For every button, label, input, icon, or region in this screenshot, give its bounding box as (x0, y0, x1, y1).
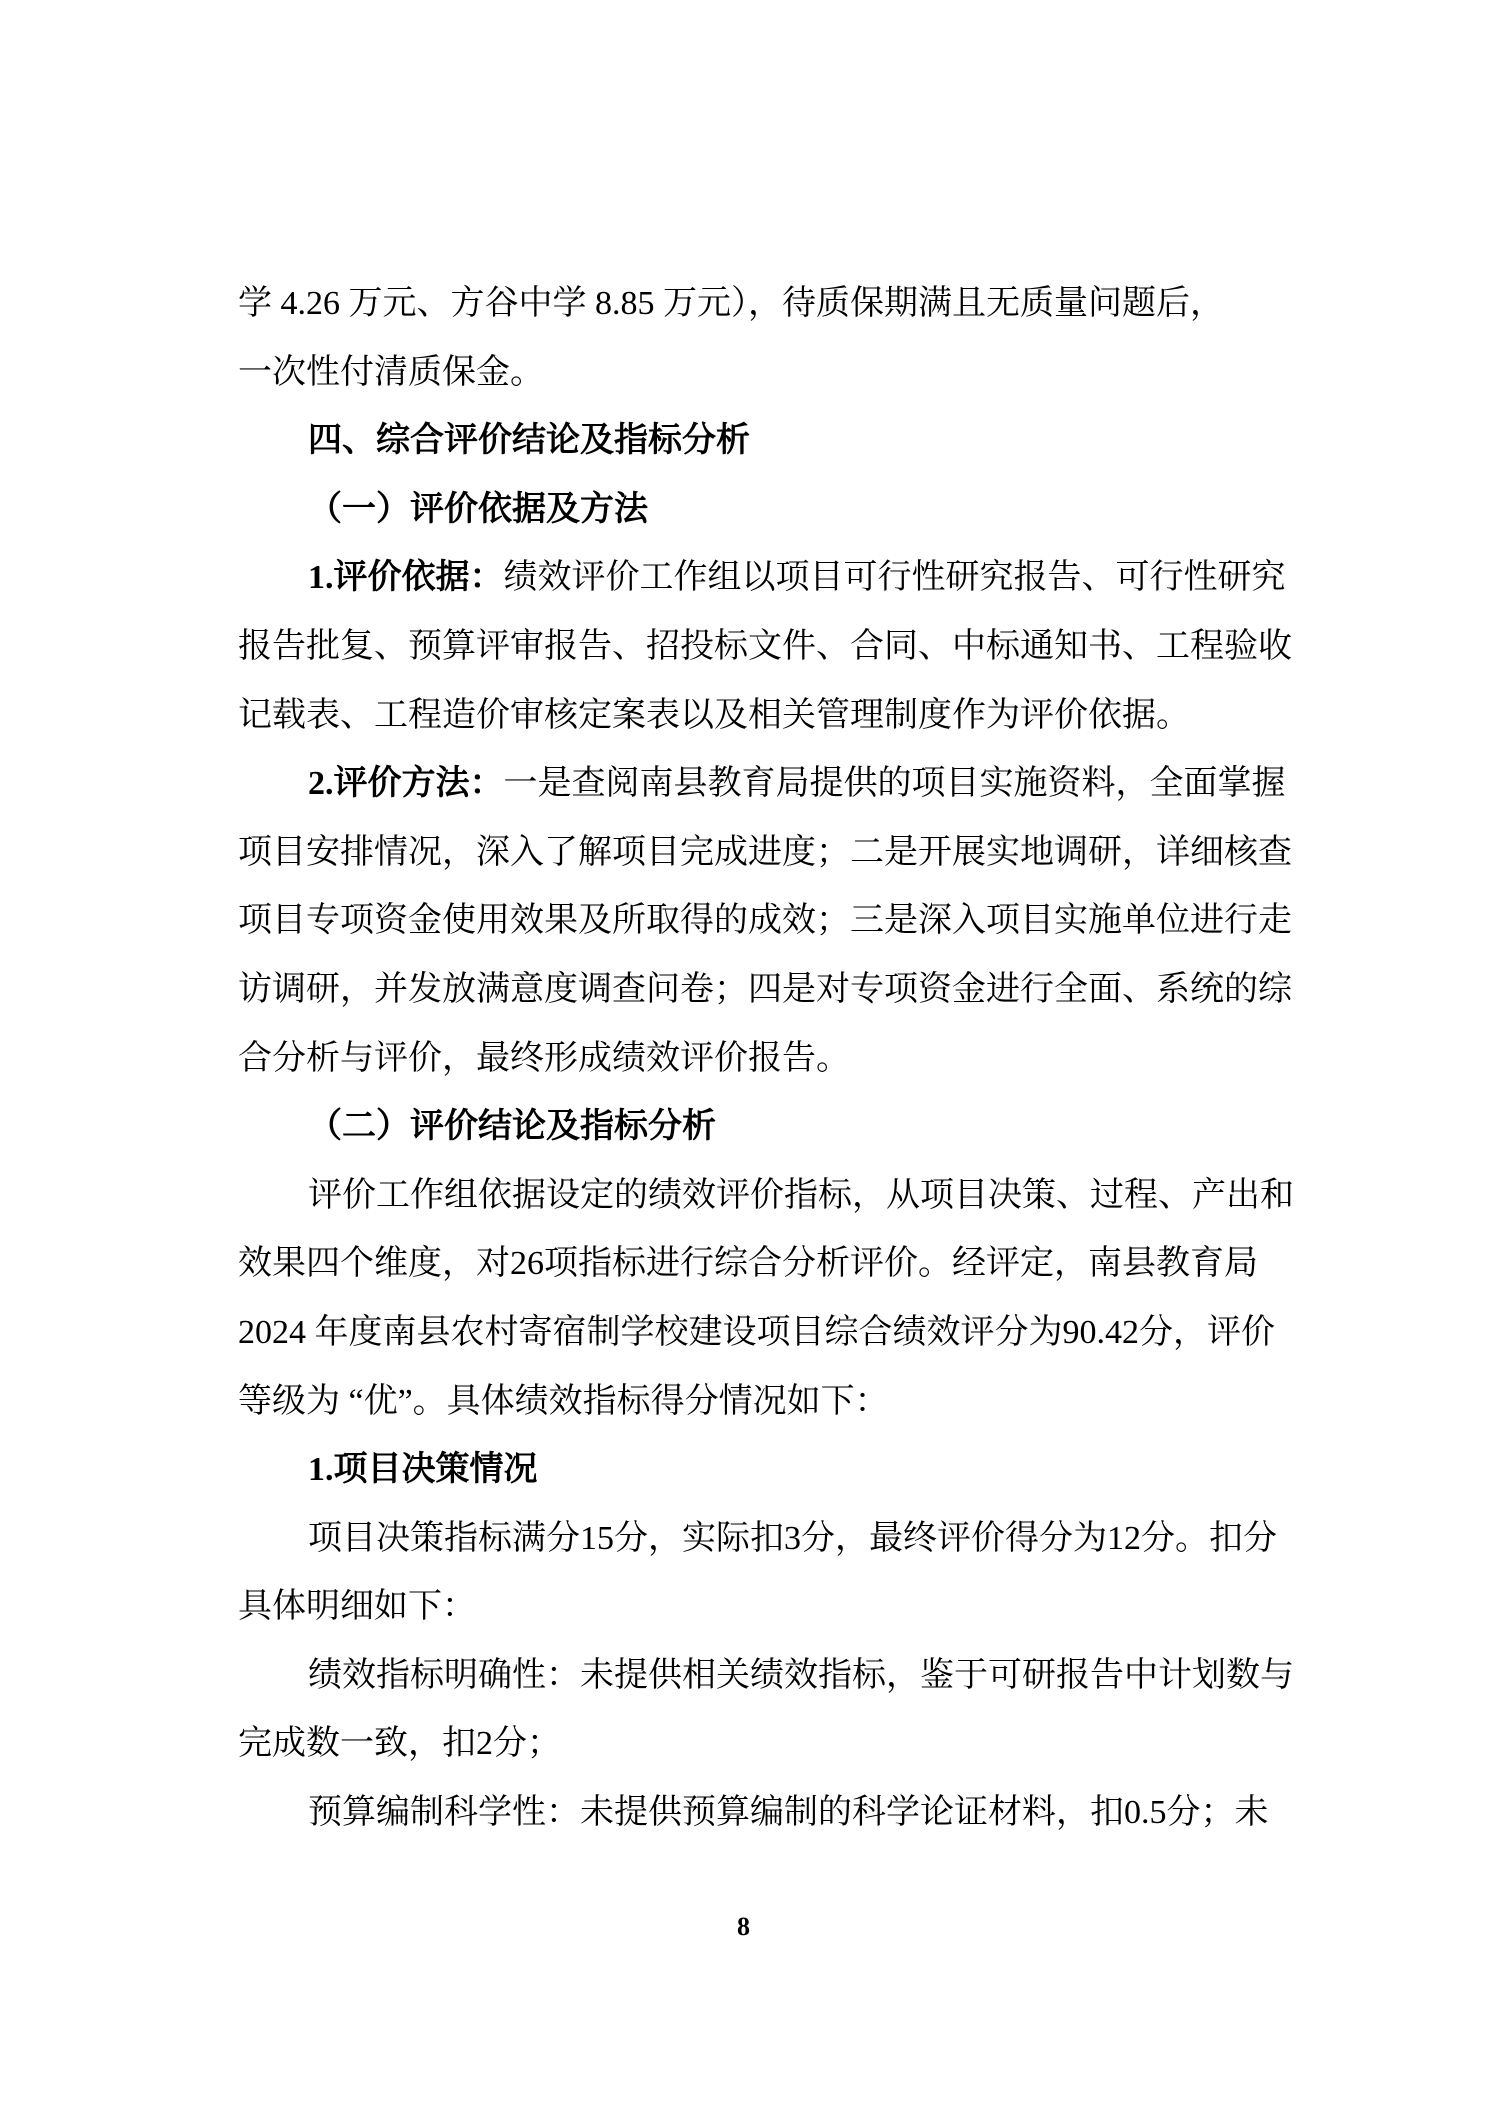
heading-item-1: 1.项目决策情况 (238, 1436, 1298, 1505)
document-page: 学 4.26 万元、方谷中学 8.85 万元），待质保期满且无质量问题后， 一次… (0, 0, 1487, 2105)
line-text: 记载表、工程造价审核定案表以及相关管理制度作为评价依据。 (238, 697, 1190, 734)
line-text: 一次性付清质保金。 (238, 354, 544, 391)
heading-section-4: 四、综合评价结论及指标分析 (238, 407, 1298, 476)
body-line: 一次性付清质保金。 (238, 339, 1298, 408)
line-text: 2024 年度南县农村寄宿制学校建设项目综合绩效评分为90.42分，评价 (238, 1314, 1275, 1351)
line-prefix: 2.评价方法： (308, 765, 504, 802)
line-text: 报告批复、预算评审报告、招投标文件、合同、中标通知书、工程验收 (238, 628, 1292, 665)
body-line: 报告批复、预算评审报告、招投标文件、合同、中标通知书、工程验收 (238, 613, 1298, 682)
line-text: 学 4.26 万元、方谷中学 8.85 万元），待质保期满且无质量问题后， (238, 285, 1224, 322)
document-body: 学 4.26 万元、方谷中学 8.85 万元），待质保期满且无质量问题后， 一次… (238, 270, 1298, 1848)
line-text: 项目专项资金使用效果及所取得的成效；三是深入项目实施单位进行走 (238, 902, 1292, 939)
body-line: 项目决策指标满分15分，实际扣3分，最终评价得分为12分。扣分 (238, 1505, 1298, 1574)
line-text: （一）评价依据及方法 (308, 491, 648, 528)
body-line: 项目专项资金使用效果及所取得的成效；三是深入项目实施单位进行走 (238, 887, 1298, 956)
line-text: 一是查阅南县教育局提供的项目实施资料，全面掌握 (504, 765, 1286, 802)
line-text: 四、综合评价结论及指标分析 (308, 422, 750, 459)
line-text: 合分析与评价，最终形成绩效评价报告。 (238, 1040, 850, 1077)
line-text: 具体明细如下： (238, 1588, 476, 1625)
line-text: 效果四个维度，对26项指标进行综合分析评价。经评定，南县教育局 (238, 1245, 1258, 1282)
body-line: 具体明细如下： (238, 1573, 1298, 1642)
line-text: 评价工作组依据设定的绩效评价指标，从项目决策、过程、产出和 (308, 1177, 1294, 1214)
line-text: 项目决策指标满分15分，实际扣3分，最终评价得分为12分。扣分 (308, 1520, 1277, 1557)
heading-subsection-1: （一）评价依据及方法 (238, 476, 1298, 545)
body-line: 项目安排情况，深入了解项目完成进度；二是开展实地调研，详细核查 (238, 819, 1298, 888)
body-line: 记载表、工程造价审核定案表以及相关管理制度作为评价依据。 (238, 682, 1298, 751)
body-line: 评价工作组依据设定的绩效评价指标，从项目决策、过程、产出和 (238, 1162, 1298, 1231)
line-text: 完成数一致，扣2分； (238, 1725, 561, 1762)
line-text: 绩效评价工作组以项目可行性研究报告、可行性研究 (504, 559, 1286, 596)
body-line: 完成数一致，扣2分； (238, 1710, 1298, 1779)
body-line: 效果四个维度，对26项指标进行综合分析评价。经评定，南县教育局 (238, 1230, 1298, 1299)
line-text: 项目安排情况，深入了解项目完成进度；二是开展实地调研，详细核查 (238, 834, 1292, 871)
body-line: 2024 年度南县农村寄宿制学校建设项目综合绩效评分为90.42分，评价 (238, 1299, 1298, 1368)
body-line: 等级为 “优”。具体绩效指标得分情况如下： (238, 1368, 1298, 1437)
line-text: 绩效指标明确性：未提供相关绩效指标，鉴于可研报告中计划数与 (308, 1657, 1294, 1694)
body-line: 合分析与评价，最终形成绩效评价报告。 (238, 1025, 1298, 1094)
body-line: 1.评价依据：绩效评价工作组以项目可行性研究报告、可行性研究 (238, 544, 1298, 613)
heading-subsection-2: （二）评价结论及指标分析 (238, 1093, 1298, 1162)
line-text: 预算编制科学性：未提供预算编制的科学论证材料，扣0.5分；未 (308, 1794, 1269, 1831)
line-text: 等级为 “优”。具体绩效指标得分情况如下： (238, 1383, 889, 1420)
line-text: 访调研，并发放满意度调查问卷；四是对专项资金进行全面、系统的综 (238, 971, 1292, 1008)
body-line: 绩效指标明确性：未提供相关绩效指标，鉴于可研报告中计划数与 (238, 1642, 1298, 1711)
body-line: 访调研，并发放满意度调查问卷；四是对专项资金进行全面、系统的综 (238, 956, 1298, 1025)
page-number: 8 (0, 1906, 1487, 1948)
line-text: 1.项目决策情况 (308, 1451, 538, 1488)
body-line: 学 4.26 万元、方谷中学 8.85 万元），待质保期满且无质量问题后， (238, 270, 1298, 339)
line-prefix: 1.评价依据： (308, 559, 504, 596)
body-line: 2.评价方法：一是查阅南县教育局提供的项目实施资料，全面掌握 (238, 750, 1298, 819)
line-text: （二）评价结论及指标分析 (308, 1108, 716, 1145)
body-line: 预算编制科学性：未提供预算编制的科学论证材料，扣0.5分；未 (238, 1779, 1298, 1848)
